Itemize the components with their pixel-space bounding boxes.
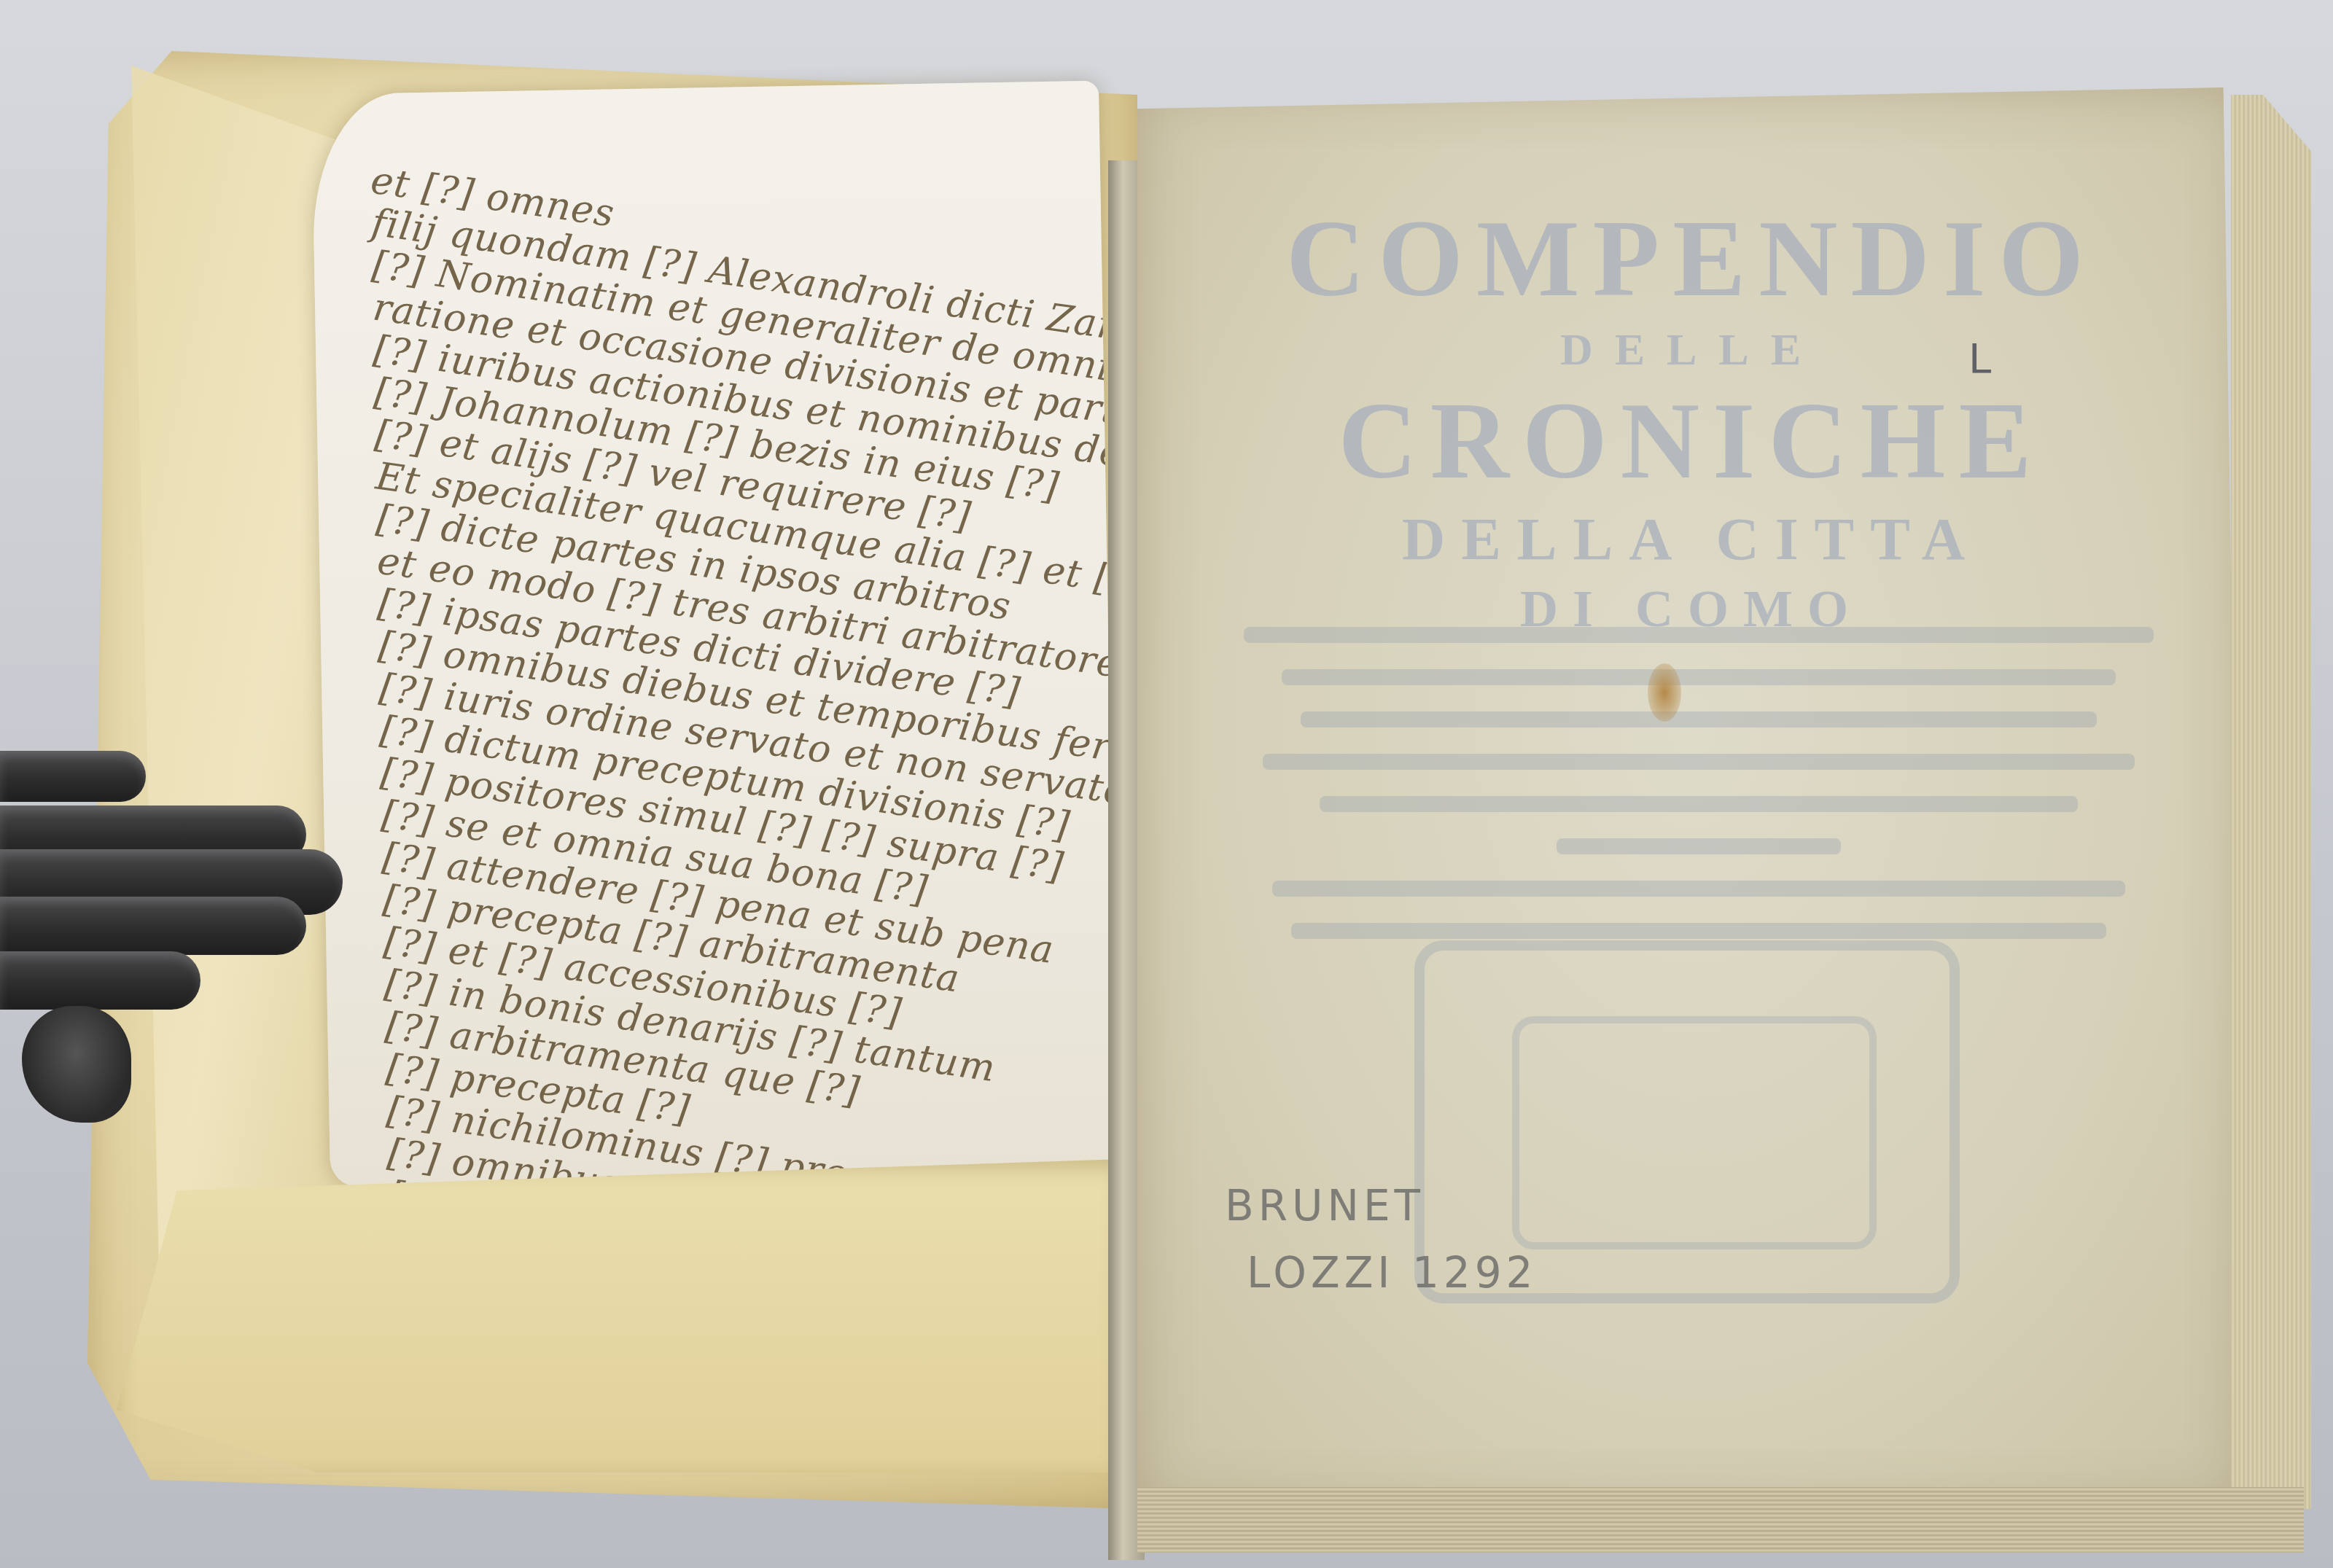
- ornament-inner-frame: [1512, 1016, 1877, 1249]
- manuscript-leaf: et [?] omnes filij quondam [?] Alexandro…: [311, 81, 1118, 1188]
- faded-print-line: [1282, 669, 2116, 685]
- hand-finger: [0, 897, 306, 955]
- metal-hand-book-weight: [0, 729, 350, 1137]
- faded-print-line: [1272, 881, 2125, 897]
- title-line-delle: DELLE: [1181, 321, 2202, 379]
- page-fore-edge: [2231, 95, 2311, 1509]
- title-block: COMPENDIO DELLE CRONICHE DELLA CITTA DI …: [1181, 197, 2202, 641]
- hand-finger: [0, 951, 200, 1010]
- pencil-notes: BRUNET LOZZI 1292: [1225, 1181, 1538, 1298]
- faded-print-line: [1291, 923, 2106, 939]
- title-line-della-citta: DELLA CITTA: [1181, 503, 2202, 576]
- pencil-note-lozzi: LOZZI 1292: [1247, 1248, 1538, 1298]
- pencil-note-brunet: BRUNET: [1225, 1181, 1538, 1230]
- faded-print-line: [1263, 754, 2135, 770]
- pencil-mark: L: [1968, 335, 1991, 383]
- manuscript-text: et [?] omnes filij quondam [?] Alexandro…: [311, 81, 1118, 1188]
- foxing-stain: [1648, 663, 1681, 722]
- printed-title-page: COMPENDIO DELLE CRONICHE DELLA CITTA DI …: [1137, 87, 2246, 1509]
- faded-print-line: [1244, 627, 2154, 643]
- title-line-compendio: COMPENDIO: [1181, 197, 2202, 321]
- photo-scene: et [?] omnes filij quondam [?] Alexandro…: [0, 0, 2333, 1568]
- title-line-croniche: CRONICHE: [1181, 379, 2202, 503]
- faded-print-line: [1557, 838, 1841, 854]
- faded-print-line: [1301, 711, 2097, 728]
- faded-print-line: [1320, 796, 2078, 812]
- vellum-bottom-flap: [117, 1159, 1123, 1473]
- faded-subtitle-lines: [1225, 627, 2173, 965]
- page-bottom-edge: [1137, 1487, 2304, 1553]
- hand-finger: [0, 751, 146, 802]
- hand-base: [22, 1006, 131, 1123]
